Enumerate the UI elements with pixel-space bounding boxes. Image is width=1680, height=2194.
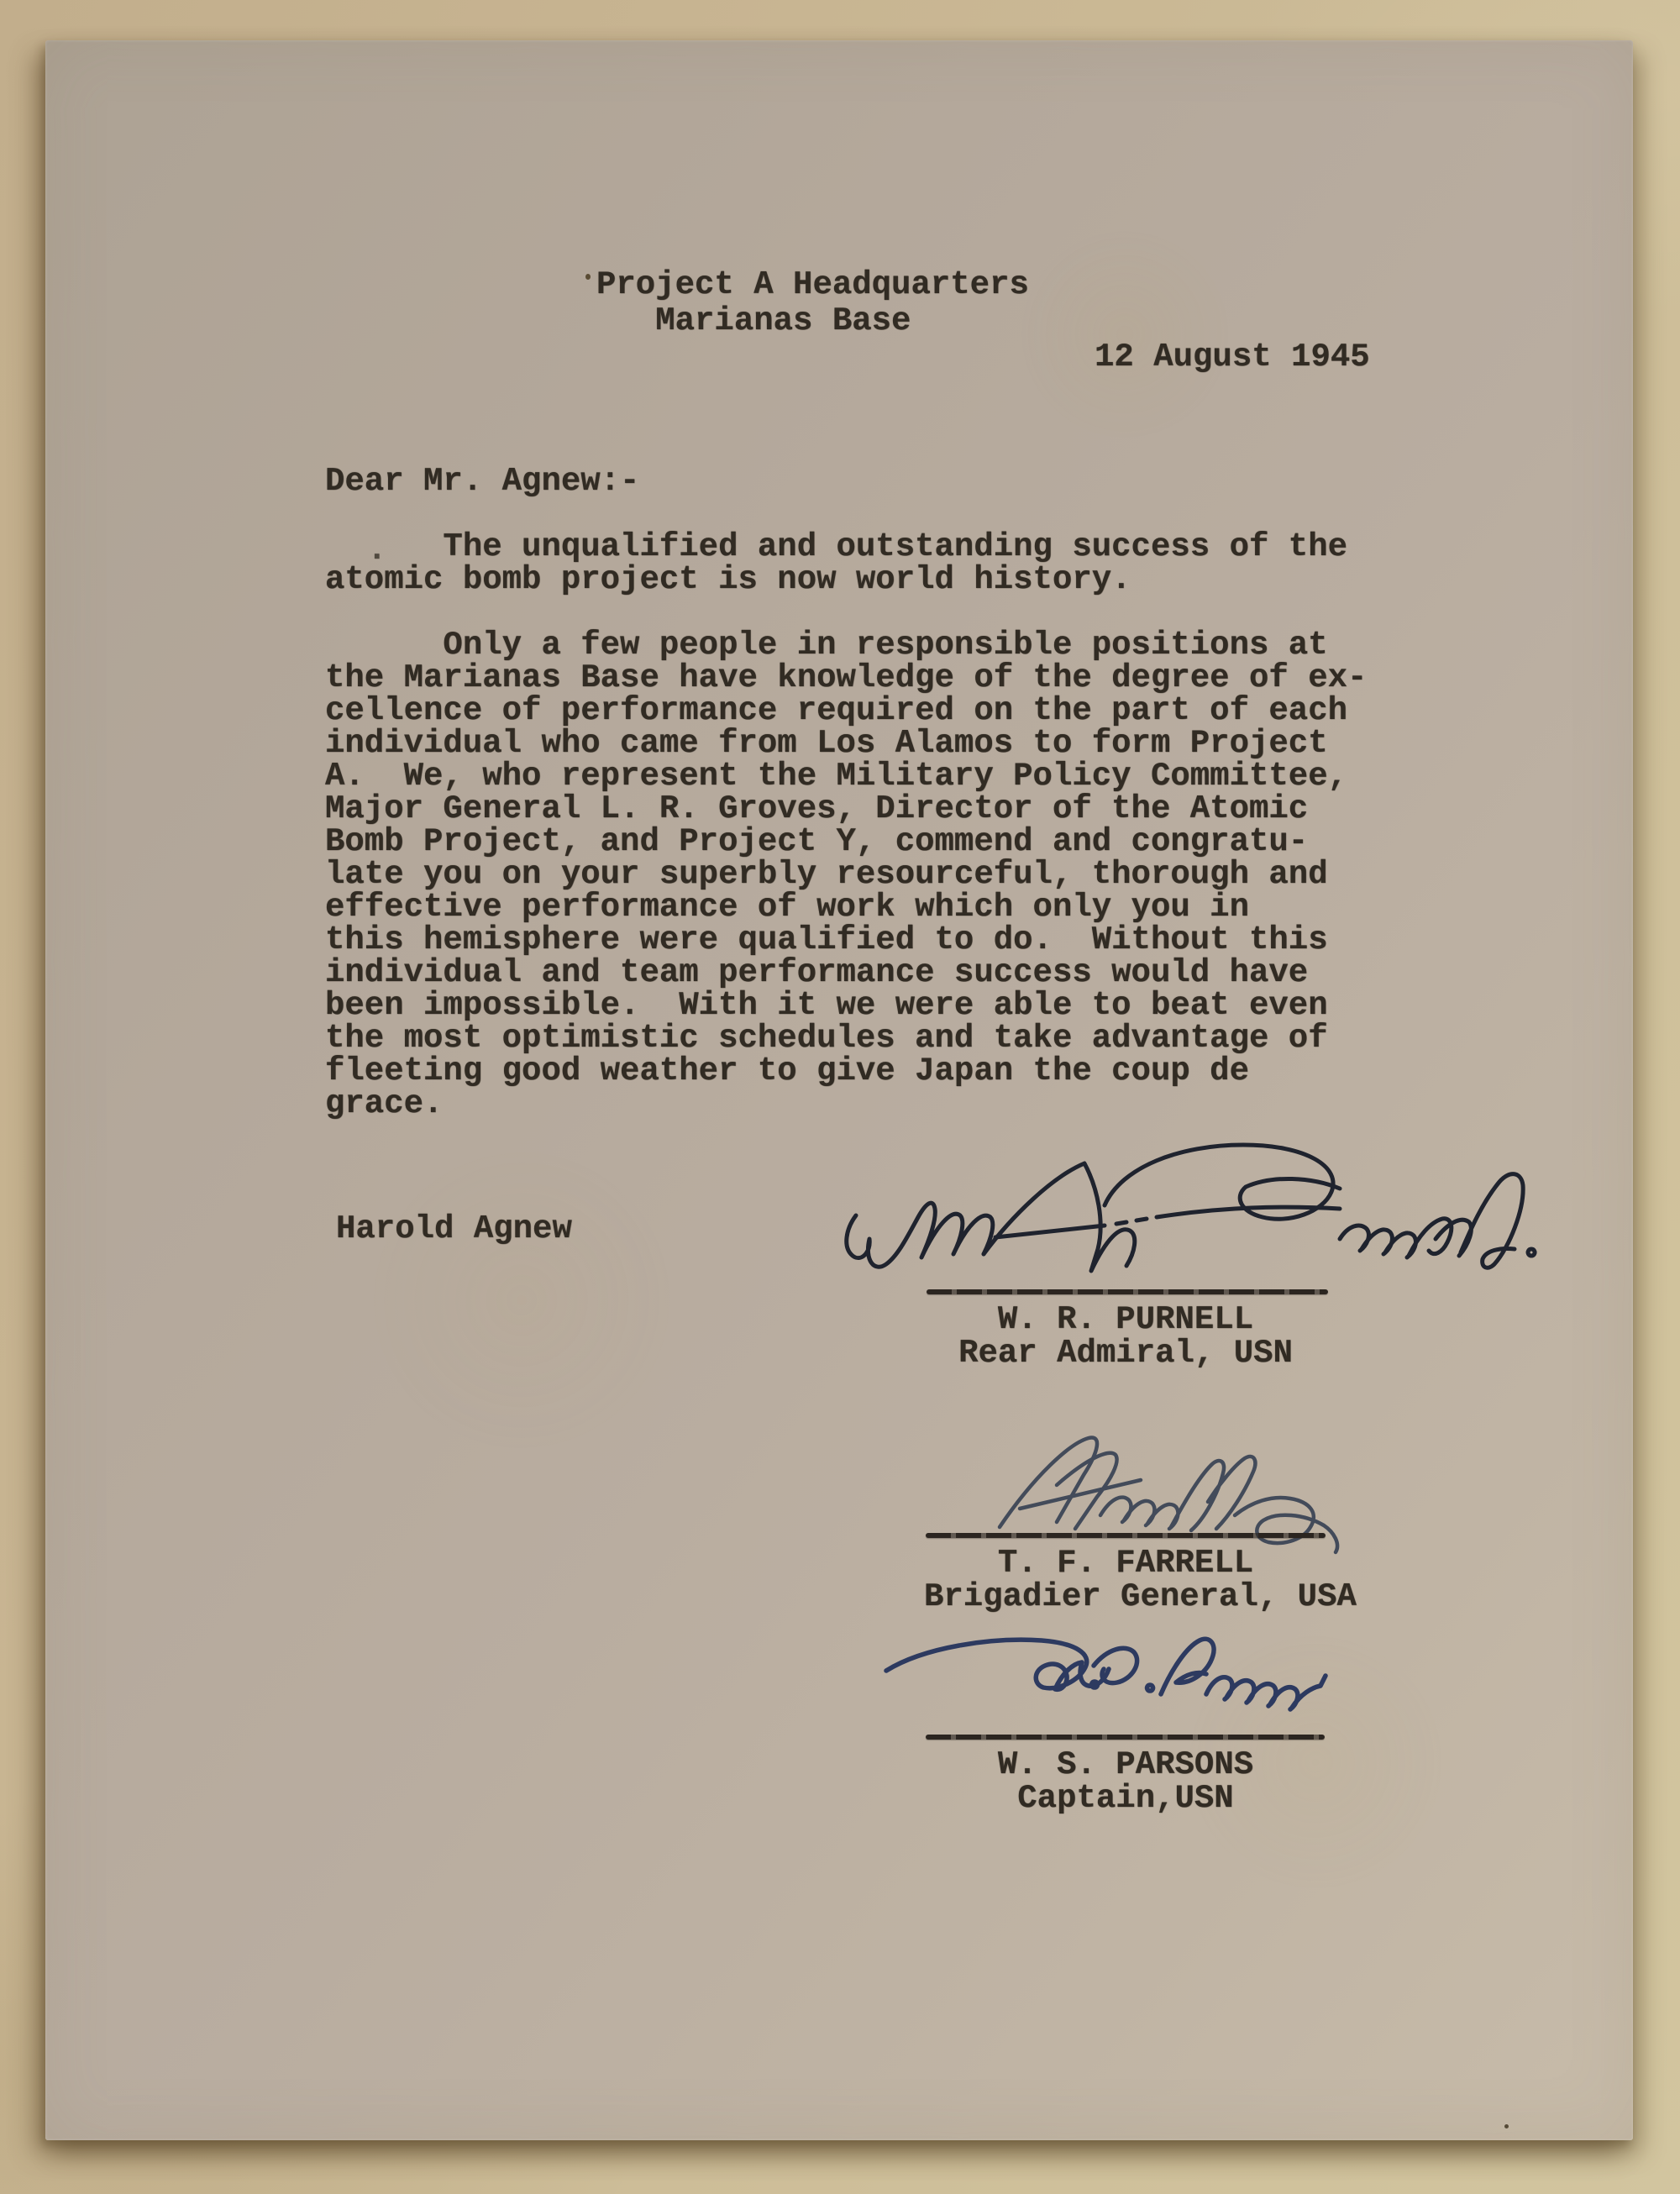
purnell-typed-title: Rear Admiral, USN <box>924 1337 1327 1370</box>
scanned-letter-photo: { "letter": { "letterhead": ["Project A … <box>0 0 1680 2194</box>
purnell-typed-name: W. R. PURNELL <box>924 1304 1327 1336</box>
paragraph-1: The unqualified and outstanding success … <box>325 531 1347 596</box>
parsons-signature-scrawl <box>865 1634 1344 1751</box>
paper-fleck <box>1504 2124 1509 2128</box>
farrell-typed-title: Brigadier General, USA <box>924 1581 1327 1614</box>
farrell-typed-name: T. F. FARRELL <box>924 1547 1327 1580</box>
salutation: Dear Mr. Agnew:- <box>325 465 639 498</box>
parsons-typed-name: W. S. PARSONS <box>924 1749 1327 1782</box>
date-line: 12 August 1945 <box>1095 341 1370 374</box>
paper-fleck <box>585 274 591 280</box>
purnell-signature-scrawl <box>827 1138 1575 1302</box>
letterhead: Project A Headquarters Marianas Base <box>596 267 1029 339</box>
typed-name-harold-agnew: Harold Agnew <box>336 1213 572 1246</box>
parsons-typed-title: Captain,USN <box>924 1782 1327 1815</box>
farrell-signature-scrawl <box>974 1428 1462 1562</box>
parsons-signature-underline <box>926 1735 1325 1740</box>
farrell-signature-underline <box>926 1533 1326 1538</box>
purnell-signature-underline <box>927 1289 1328 1294</box>
paragraph-2: Only a few people in responsible positio… <box>325 629 1367 1121</box>
